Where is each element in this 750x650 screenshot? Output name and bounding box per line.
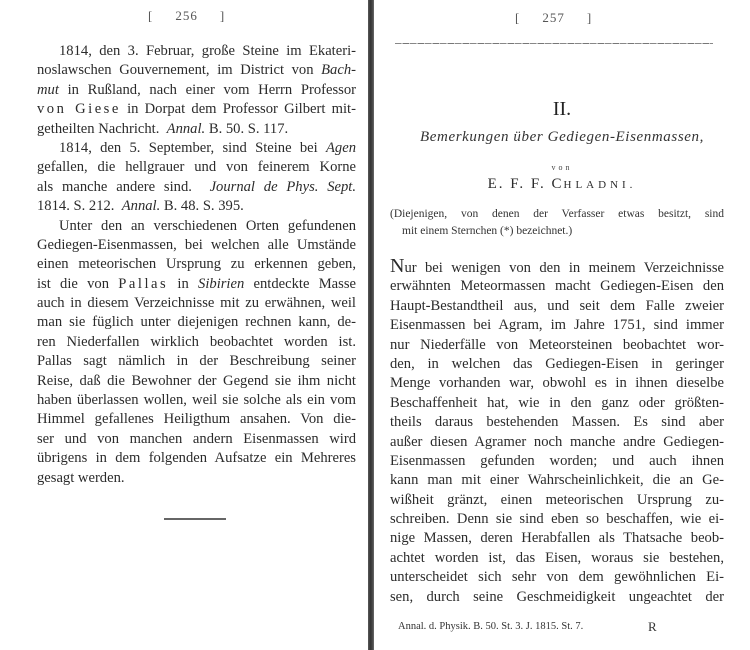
text-line: unterscheidet sich sehr von dem gewöhnli… [390,568,724,587]
page-number-right: [257] [515,10,592,26]
text-line: schreiben. Denn sie sind eben so beschaf… [390,510,724,529]
text-line: man sie füglich unter diejenigen rechnen… [37,313,356,332]
bracket-open: [ [148,8,153,23]
left-page: [256] 1814, den 3. Februar, große Steine… [0,0,368,650]
bracket-close: ] [220,8,225,23]
byline-von: von [374,163,750,172]
text-line: Nur bei wenigen von den in meinem Verzei… [390,258,724,277]
text-line: Haupt-Bestandtheil aus, und seit dem Fal… [390,297,724,316]
right-page-body: Nur bei wenigen von den in meinem Verzei… [390,258,724,607]
page-number-value: 256 [175,8,198,23]
text-line: Gediegen-Eisenmassen, bei welchen alle U… [37,236,356,255]
text-line: gesagt werden. [37,469,356,488]
text-line: nur Niederfälle von Meteorsteinen beobac… [390,336,724,355]
text-line: als manche andere sind. Journal de Phys.… [37,178,356,197]
text-line: auch in diesem Verzeichnisse mit zu erwä… [37,294,356,313]
text-line: gefallen, die hellgrauer und von feinere… [37,158,356,177]
text-line: mut in Rußland, nach einer vom Herrn Pro… [37,81,356,100]
text-line: sen, durch seine Geschmeidigkeit ungeach… [390,588,724,607]
text-line: getheilten Nachricht. Annal. B. 50. S. 1… [37,120,356,139]
text-line: 1814. S. 212. Annal. B. 48. S. 395. [37,197,356,216]
page-footer-citation: Annal. d. Physik. B. 50. St. 3. J. 1815.… [398,621,583,632]
drop-cap: N [390,255,404,277]
text-line: den, in welchen das Gediegen-Eisen in ge… [390,355,724,374]
text-line: Menge vorhanden war, obwohl es in ihnen … [390,374,724,393]
text-line: Unter den an verschiedenen Orten gefunde… [37,217,356,236]
text-line: außer diesen Agramer noch manche andre G… [390,433,724,452]
left-page-body: 1814, den 3. Februar, große Steine im Ek… [37,42,356,488]
text-line: Reise, daß die Bewohner der Gegend sie i… [37,372,356,391]
text-line: noslawschen Gouvernement, im District vo… [37,61,356,80]
text-line: Eisenmassen bei Agram, im Jahre 1751, si… [390,316,724,335]
text-line: übrigens in dem folgenden Aufsatze ein M… [37,449,356,468]
text-line: Pallas sagt nämlich in der Beschreibung … [37,352,356,371]
header-rule [395,43,713,44]
note-line: (Diejenigen, von denen der Verfasser etw… [390,206,724,223]
page-number-left: [256] [148,8,225,24]
text-line: von Giese in Dorpat dem Professor Gilber… [37,100,356,119]
text-line: nige Massen, deren Herabfallen als Thats… [390,529,724,548]
editorial-note: (Diejenigen, von denen der Verfasser etw… [390,206,724,240]
text-line: Eisenmassen gefunden worden; und auch ih… [390,452,724,471]
section-number: II. [374,98,750,121]
page-number-value: 257 [542,10,565,25]
text-line: ser und von manchen andern Eisenmassen w… [37,430,356,449]
section-end-rule [164,518,226,520]
signature-mark: R [648,619,657,635]
text-line: Himmel gefallenes Heiligthum ansahen. Vo… [37,410,356,429]
text-line: 1814, den 3. Februar, große Steine im Ek… [37,42,356,61]
author-name: E. F. F. CHLADNI. [374,176,750,193]
text-line: theils daraus bestehenden Massen. Es sin… [390,413,724,432]
bracket-close: ] [587,10,592,25]
note-line: mit einem Sternchen (*) bezeichnet.) [390,223,724,240]
text-line: wißheit gränzt, einen meteorischen Urspr… [390,491,724,510]
text-line: Beschaffenheit hat, wie in den ganz oder… [390,394,724,413]
text-line: ist die von Pallas in Sibirien entdeckte… [37,275,356,294]
article-title: Bemerkungen über Gediegen-Eisenmassen, [374,129,750,146]
text-line: haben überlassen wollen, weil sie solche… [37,391,356,410]
text-line: achtet worden ist, das Eisen, woraus sie… [390,549,724,568]
text-line: erwähnten Meteormassen macht Gediegen-Ei… [390,277,724,296]
text-line: einen meteorischen Ursprung zu erkennen … [37,255,356,274]
text-line: 1814, den 5. September, sind Steine bei … [37,139,356,158]
text-line: ren Niederfallen wirklich beobachtet wor… [37,333,356,352]
bracket-open: [ [515,10,520,25]
text-line: kann man mit einer Wahrscheinlichkeit, d… [390,471,724,490]
